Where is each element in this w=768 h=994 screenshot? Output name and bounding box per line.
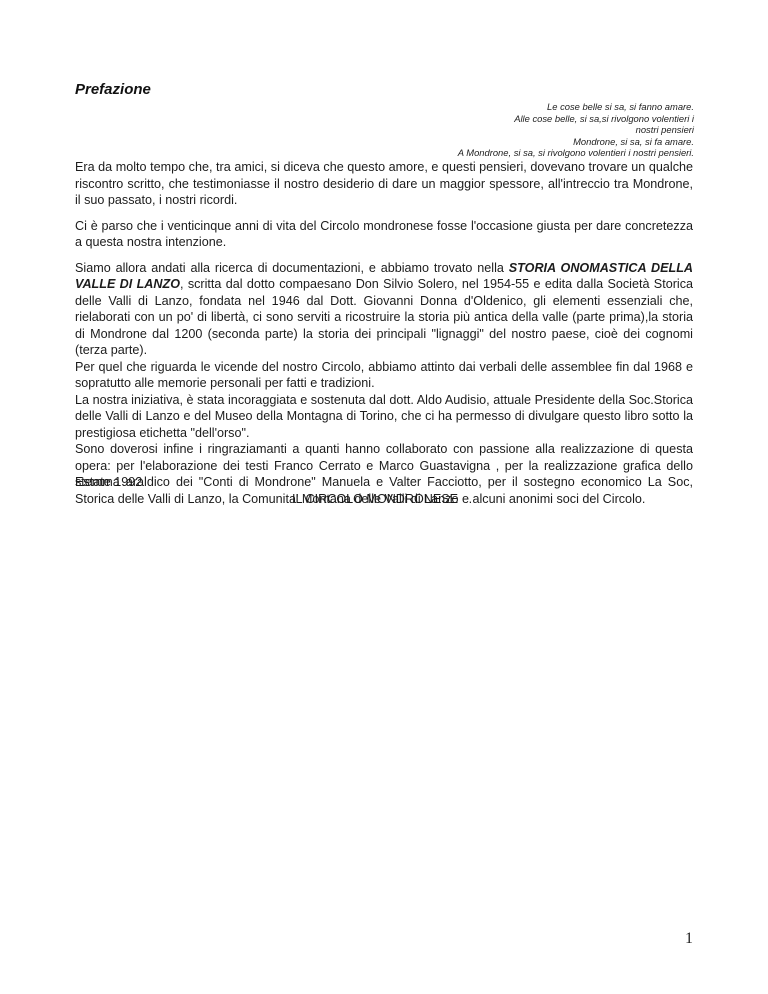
epigraph-line: Alle cose belle, si sa,si rivolgono vole…	[294, 113, 694, 125]
epigraph-poem: Le cose belle si sa, si fanno amare. All…	[294, 101, 694, 159]
epigraph-line: Mondrone, si sa, si fa amare.	[294, 136, 694, 148]
epigraph-line: Le cose belle si sa, si fanno amare.	[294, 101, 694, 113]
page-number: 1	[685, 930, 693, 948]
document-page: Prefazione Le cose belle si sa, si fanno…	[0, 0, 768, 994]
paragraph-intro: Era da molto tempo che, tra amici, si di…	[75, 159, 693, 209]
paragraph-initiative: La nostra iniziativa, è stata incoraggia…	[75, 392, 693, 442]
epigraph-line: nostri pensieri	[294, 124, 694, 136]
paragraph-anniversary: Ci è parso che i venticinque anni di vit…	[75, 218, 693, 251]
preface-body: Era da molto tempo che, tra amici, si di…	[75, 159, 693, 507]
signature: IL CIRCOLO MONDRONESE .	[292, 491, 472, 507]
sources-text-before: Siamo allora andati alla ricerca di docu…	[75, 261, 509, 275]
paragraph-sources: Siamo allora andati alla ricerca di docu…	[75, 260, 693, 359]
page-title: Prefazione	[75, 81, 151, 98]
epigraph-line: A Mondrone, si sa, si rivolgono volentie…	[294, 147, 694, 159]
paragraph-circle-history: Per quel che riguarda le vicende del nos…	[75, 359, 693, 392]
date-line: Estate 1992	[75, 474, 142, 490]
